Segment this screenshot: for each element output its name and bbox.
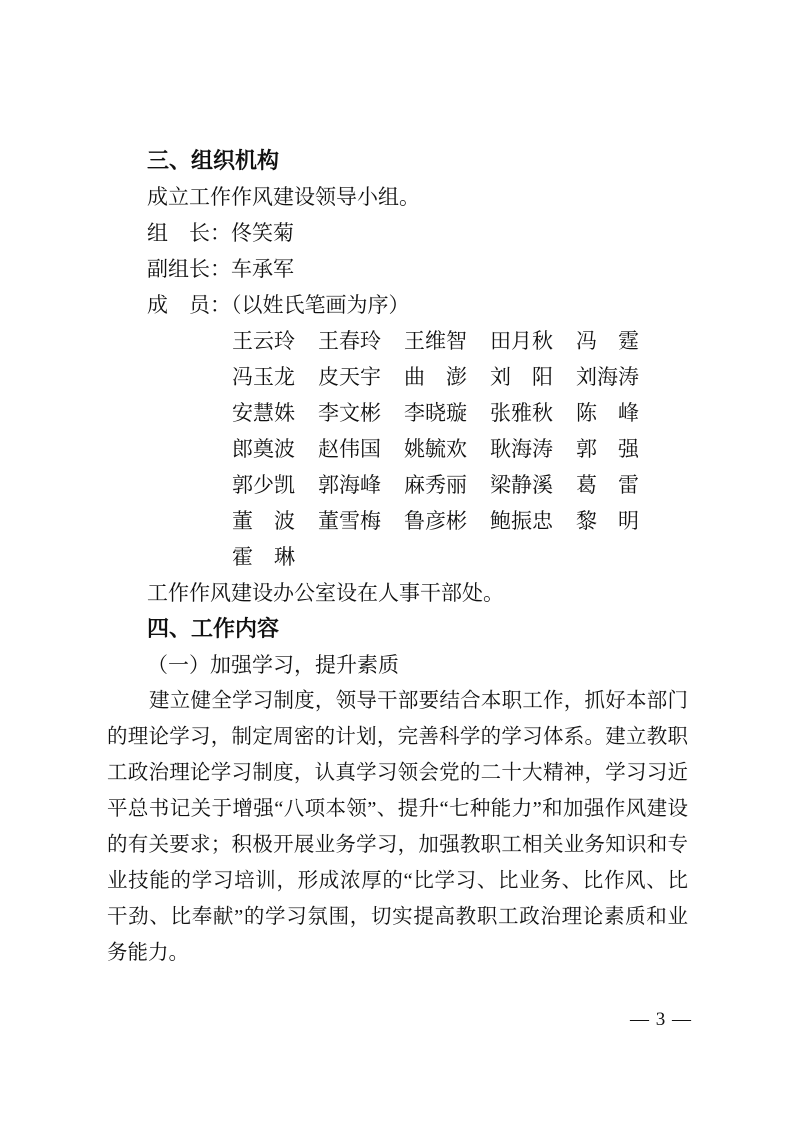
member-name: 王春玲 (318, 323, 383, 359)
member-row: 安慧姝 李文彬 李晓璇 张雅秋 陈 峰 (232, 395, 688, 431)
member-row: 郭少凯 郭海峰 麻秀丽 梁静溪 葛 雷 (232, 467, 688, 503)
member-name: 麻秀丽 (404, 467, 469, 503)
members-note: （以姓氏笔画为序） (231, 293, 410, 317)
work-subheading: （一）加强学习，提升素质 (107, 647, 688, 683)
member-name: 黎 明 (576, 503, 641, 539)
member-name: 刘海涛 (576, 359, 641, 395)
member-name: 赵伟国 (318, 431, 383, 467)
section-heading-org: 三、组织机构 (107, 143, 688, 179)
leader-label: 组 长： (147, 221, 231, 245)
section-heading-work: 四、工作内容 (107, 611, 688, 647)
member-name: 耿海涛 (490, 431, 555, 467)
deputy-label: 副组长： (147, 257, 231, 281)
member-name: 鲍振忠 (490, 503, 555, 539)
member-name: 董雪梅 (318, 503, 383, 539)
page-number: — 3 — (107, 1006, 692, 1034)
member-name: 李晓璇 (404, 395, 469, 431)
office-note-line: 工作作风建设办公室设在人事干部处。 (107, 575, 688, 611)
member-name: 梁静溪 (490, 467, 555, 503)
member-row: 董 波 董雪梅 鲁彦彬 鲍振忠 黎 明 (232, 503, 688, 539)
work-paragraph: 建立健全学习制度，领导干部要结合本职工作，抓好本部门的理论学习，制定周密的计划，… (107, 683, 688, 971)
member-row: 王云玲 王春玲 王维智 田月秋 冯 霆 (232, 323, 688, 359)
member-name: 王云玲 (232, 323, 297, 359)
document-body: 三、组织机构 成立工作作风建设领导小组。 组 长：佟笑菊 副组长：车承军 成 员… (107, 143, 688, 971)
member-name: 皮天宇 (318, 359, 383, 395)
member-name: 王维智 (404, 323, 469, 359)
member-name: 田月秋 (490, 323, 555, 359)
member-name: 郭少凯 (232, 467, 297, 503)
member-name: 刘 阳 (490, 359, 555, 395)
member-name: 董 波 (232, 503, 297, 539)
member-name: 李文彬 (318, 395, 383, 431)
member-row: 霍 琳 (232, 539, 688, 575)
member-name: 姚毓欢 (404, 431, 469, 467)
members-line: 成 员：（以姓氏笔画为序） (107, 287, 688, 323)
member-name-grid: 王云玲 王春玲 王维智 田月秋 冯 霆 冯玉龙 皮天宇 曲 澎 刘 阳 刘海涛 … (232, 323, 688, 575)
member-name: 冯 霆 (576, 323, 641, 359)
member-row: 冯玉龙 皮天宇 曲 澎 刘 阳 刘海涛 (232, 359, 688, 395)
member-name: 曲 澎 (404, 359, 469, 395)
members-label: 成 员： (147, 293, 231, 317)
member-name: 张雅秋 (490, 395, 555, 431)
member-name: 安慧姝 (232, 395, 297, 431)
deputy-name: 车承军 (231, 257, 294, 281)
member-name: 郎奠波 (232, 431, 297, 467)
member-name: 郭海峰 (318, 467, 383, 503)
org-intro-line: 成立工作作风建设领导小组。 (107, 179, 688, 215)
document-page: 三、组织机构 成立工作作风建设领导小组。 组 长：佟笑菊 副组长：车承军 成 员… (0, 0, 794, 1123)
member-name: 葛 雷 (576, 467, 641, 503)
deputy-line: 副组长：车承军 (107, 251, 688, 287)
member-row: 郎奠波 赵伟国 姚毓欢 耿海涛 郭 强 (232, 431, 688, 467)
member-name: 郭 强 (576, 431, 641, 467)
member-name: 鲁彦彬 (404, 503, 469, 539)
member-name: 冯玉龙 (232, 359, 297, 395)
member-name: 陈 峰 (576, 395, 641, 431)
leader-name: 佟笑菊 (231, 221, 294, 245)
member-name: 霍 琳 (232, 539, 297, 575)
leader-line: 组 长：佟笑菊 (107, 215, 688, 251)
